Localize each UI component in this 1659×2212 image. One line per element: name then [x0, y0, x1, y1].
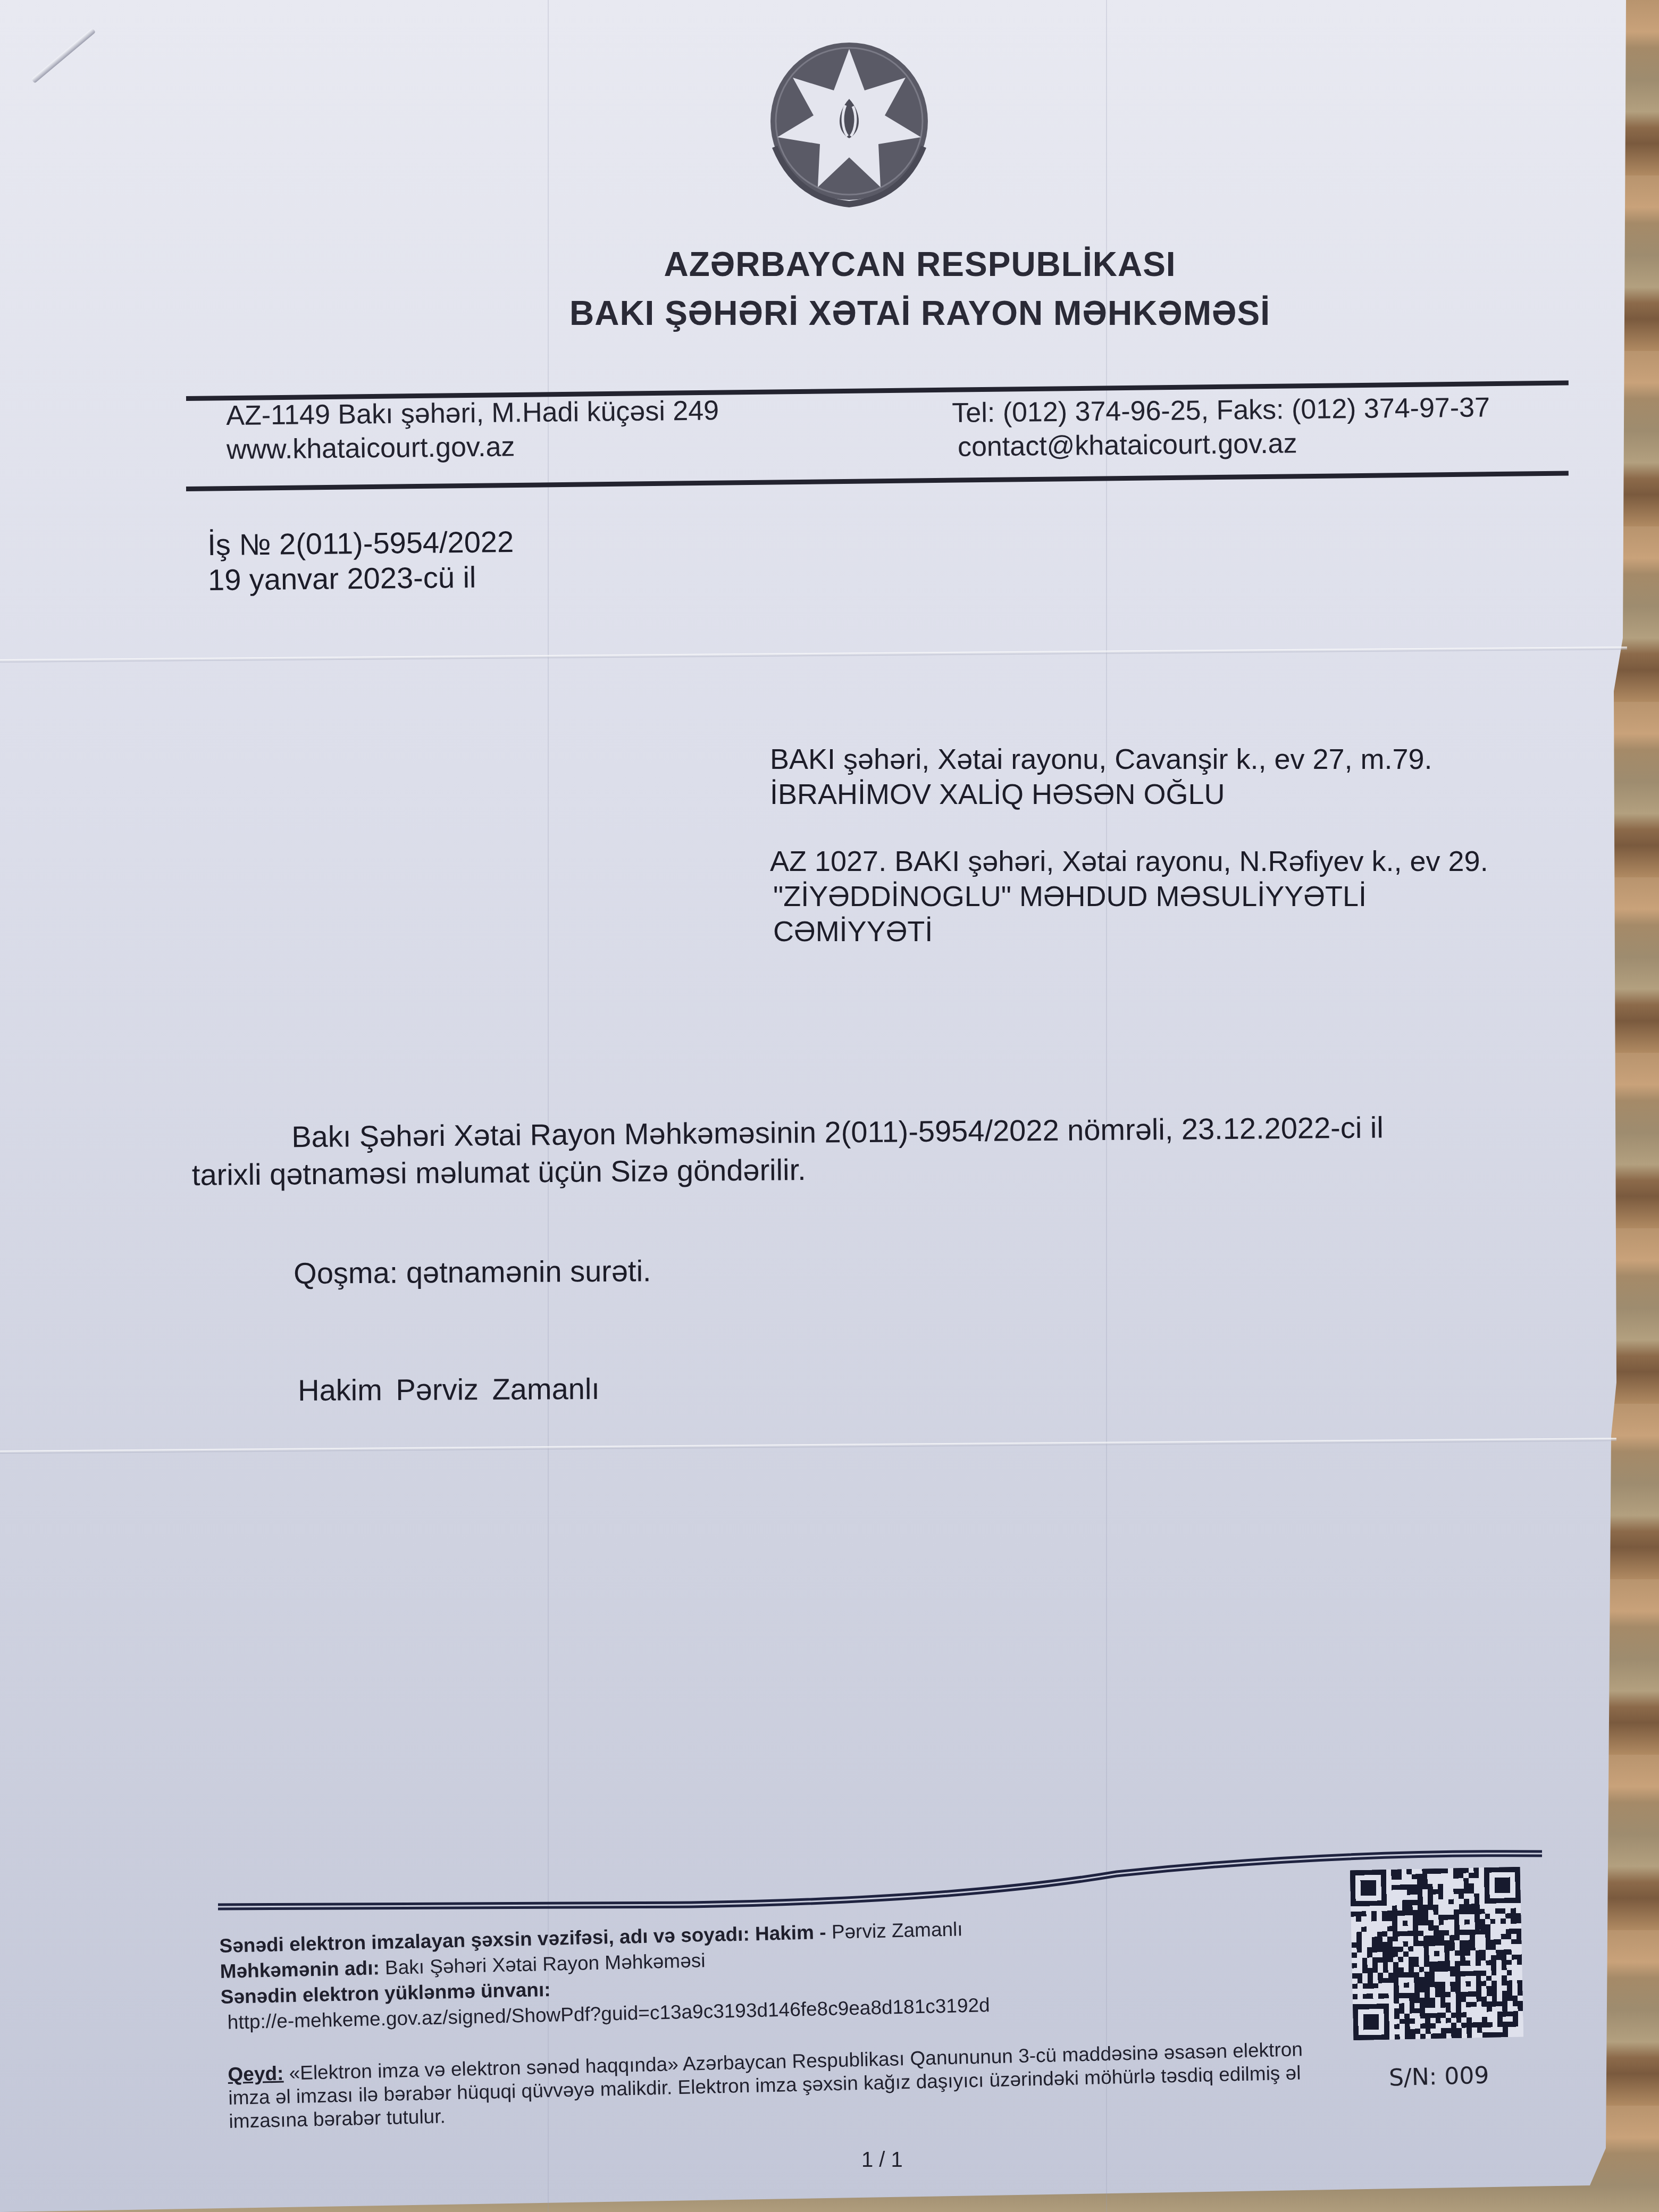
court-address: AZ-1149 Bakı şəhəri, M.Hadi küçəsi 249	[226, 393, 719, 433]
legal-note: Qeyd: «Elektron imza və elektron sənəd h…	[228, 2037, 1346, 2133]
country-heading: AZƏRBAYCAN RESPUBLİKASI	[627, 245, 1212, 284]
court-name-value: Bakı Şəhəri Xətai Rayon Məhkəməsi	[385, 1949, 706, 1979]
case-number: İş № 2(011)-5954/2022	[207, 524, 514, 563]
court-phone-fax: Tel: (012) 374-96-25, Faks: (012) 374-97…	[952, 390, 1490, 430]
recipient-name: İBRAHİMOV XALİQ HƏSƏN OĞLU	[770, 777, 1568, 812]
letter-body: Bakı Şəhəri Xətai Rayon Məhkəməsinin 2(0…	[191, 1108, 1553, 1194]
azerbaijan-state-emblem-icon	[761, 41, 937, 217]
court-email-link[interactable]: contact@khataicourt.gov.az	[952, 424, 1490, 464]
recipient: BAKI şəhəri, Xətai rayonu, Cavanşir k., …	[770, 742, 1568, 812]
court-heading: BAKI ŞƏHƏRİ XƏTAİ RAYON MƏHKƏMƏSİ	[521, 294, 1319, 333]
attachment-note: Qoşma: qətnamənin surəti.	[294, 1253, 651, 1291]
recipient: AZ 1027. BAKI şəhəri, Xətai rayonu, N.Rə…	[770, 844, 1568, 949]
case-info: İş № 2(011)-5954/2022 19 yanvar 2023-cü …	[207, 524, 514, 598]
case-date: 19 yanvar 2023-cü il	[208, 559, 515, 598]
court-name-label: Məhkəmənin adı:	[220, 1957, 380, 1982]
court-website-link[interactable]: www.khataicourt.gov.az	[227, 428, 719, 467]
serial-number: S/N: 009	[1388, 2062, 1489, 2092]
judge-signature: Hakim Pərviz Zamanlı	[298, 1371, 600, 1407]
recipient-name: "ZİYƏDDİNOGLU" MƏHDUD MƏSULİYYƏTLİ CƏMİY…	[770, 879, 1464, 949]
recipient-address: BAKI şəhəri, Xətai rayonu, Cavanşir k., …	[770, 742, 1568, 777]
recipients-block: BAKI şəhəri, Xətai rayonu, Cavanşir k., …	[770, 742, 1568, 979]
court-contact-block: Tel: (012) 374-96-25, Faks: (012) 374-97…	[952, 390, 1490, 464]
signer-name: Pərviz Zamanlı	[831, 1918, 963, 1943]
page-number: 1 / 1	[861, 2148, 903, 2172]
note-text: «Elektron imza və elektron sənəd haqqınd…	[228, 2038, 1303, 2132]
recipient-address: AZ 1027. BAKI şəhəri, Xətai rayonu, N.Rə…	[770, 844, 1557, 879]
header-divider	[186, 471, 1569, 491]
e-signature-info: Sənədi elektron imzalayan şəxsin vəzifəs…	[219, 1916, 990, 2035]
qr-code-icon[interactable]	[1350, 1867, 1524, 2041]
note-label: Qeyd:	[228, 2063, 284, 2085]
court-address-block: AZ-1149 Bakı şəhəri, M.Hadi küçəsi 249 w…	[226, 393, 719, 467]
court-letter: AZƏRBAYCAN RESPUBLİKASI BAKI ŞƏHƏRİ XƏTA…	[0, 0, 1659, 2212]
